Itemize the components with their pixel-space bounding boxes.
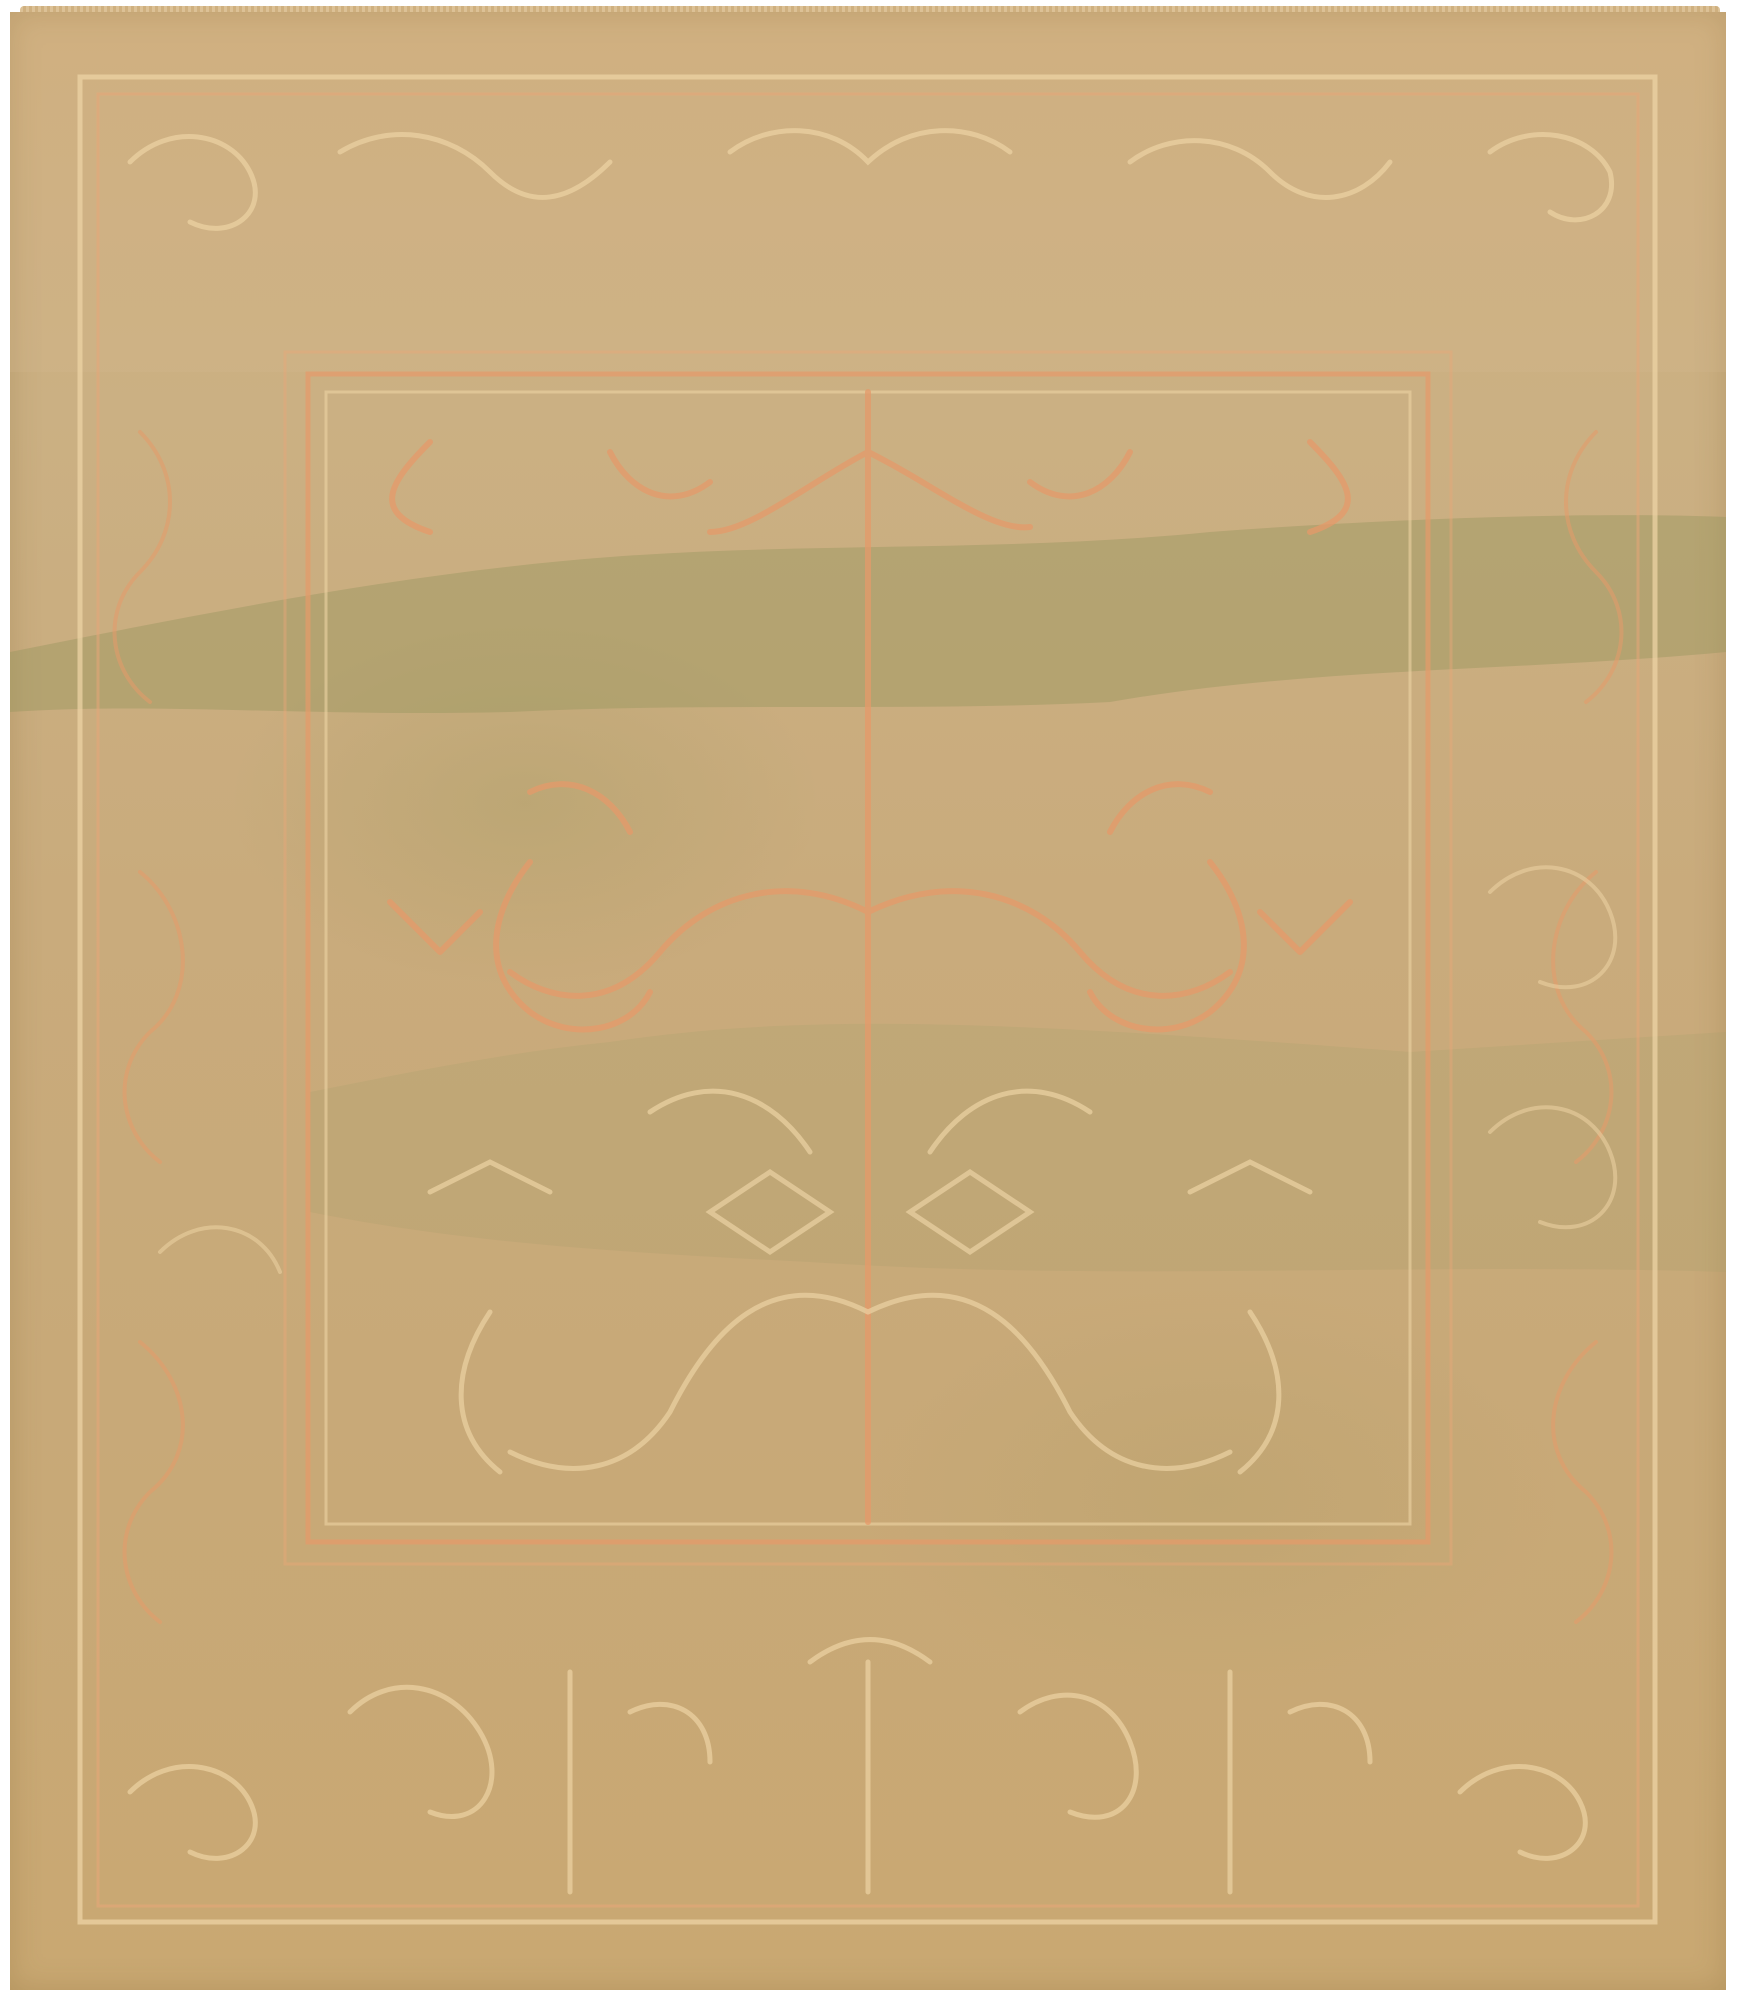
rug-pattern [10, 12, 1726, 1990]
abrash-patch [310, 1024, 1726, 1272]
rug [10, 12, 1726, 1990]
